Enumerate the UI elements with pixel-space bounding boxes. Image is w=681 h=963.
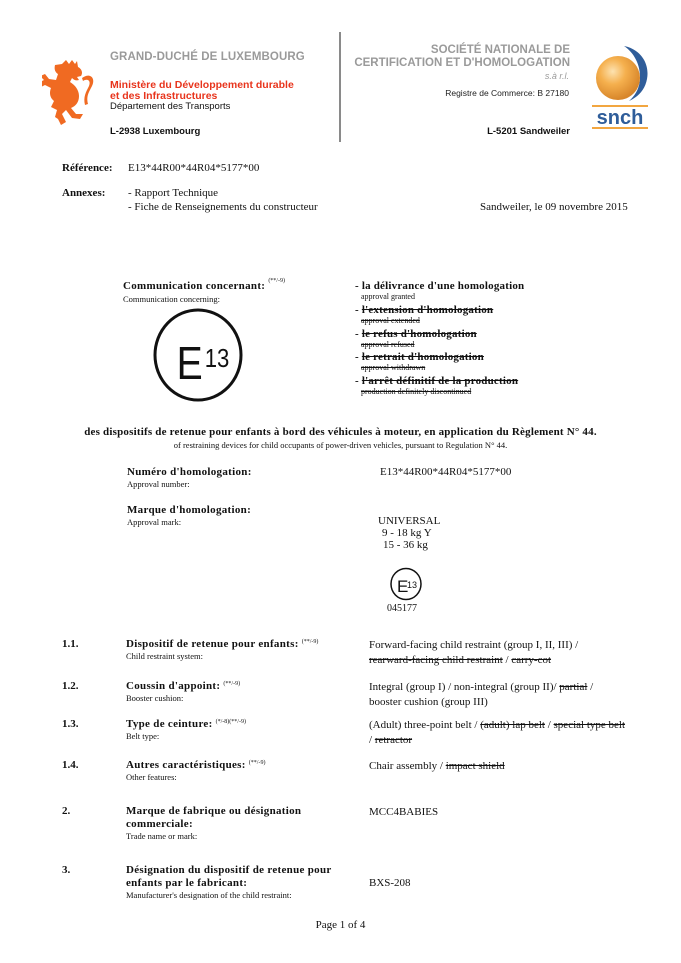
struck-option: impact shield	[446, 760, 505, 772]
red-lion-icon	[42, 58, 96, 126]
reference-value: E13*44R00*44R04*5177*00	[128, 162, 259, 174]
selected-option: /	[545, 719, 554, 731]
option-en: approval extended	[361, 316, 493, 325]
struck-option: special type belt	[554, 719, 625, 731]
item-value: Chair assembly / impact shield	[369, 759, 659, 774]
item-title-text: Autres caractéristiques:	[126, 759, 246, 771]
approval-mark-sublabel: Approval mark:	[127, 517, 181, 527]
option-fr-text: le retrait d'homologation	[362, 351, 484, 363]
item-sublabel: Other features:	[126, 772, 336, 782]
communication-option: - la délivrance d'une homologationapprov…	[355, 280, 524, 301]
selected-option: (Adult) three-point belt /	[369, 719, 480, 731]
communication-option: - l'extension d'homologationapproval ext…	[355, 304, 493, 325]
snch-title: SOCIÉTÉ NATIONALE DE CERTIFICATION ET D'…	[354, 44, 570, 70]
e-mark-circle-icon: E 13	[152, 307, 244, 403]
item-title: Type de ceinture: (*/-8)(**/-9)	[126, 718, 336, 731]
selected-option: booster cushion (group III)	[369, 696, 488, 708]
ministry-name: Ministère du Développement durable et de…	[110, 80, 294, 102]
item-sublabel: Manufacturer's designation of the child …	[126, 890, 336, 900]
selected-option: MCC4BABIES	[369, 806, 438, 818]
e13-small-mark: E 13	[389, 567, 423, 601]
item-label: Dispositif de retenue pour enfants: (**/…	[126, 638, 336, 661]
approval-number-value: E13*44R00*44R04*5177*00	[380, 466, 511, 478]
struck-option: retractor	[375, 734, 412, 746]
option-fr-text: le refus d'homologation	[362, 328, 477, 340]
item-title: Autres caractéristiques: (**/-9)	[126, 759, 336, 772]
mark-mass-range: 15 - 36 kg	[383, 539, 442, 551]
communication-option: - l'arrêt définitif de la productionprod…	[355, 375, 518, 396]
selected-option: /	[587, 681, 593, 693]
option-fr-text: l'extension d'homologation	[362, 304, 493, 316]
country-title: GRAND-DUCHÉ DE LUXEMBOURG	[110, 51, 305, 63]
item-value-line: Chair assembly / impact shield	[369, 759, 659, 774]
approval-number-label: Numéro d'homologation:	[127, 466, 252, 478]
item-value: MCC4BABIES	[369, 805, 659, 820]
item-label: Coussin d'appoint: (**/-9)Booster cushio…	[126, 680, 336, 703]
snch-logo: snch	[588, 43, 652, 131]
item-value-line: booster cushion (group III)	[369, 695, 659, 710]
footnote-ref: (**/-9)	[223, 681, 240, 687]
item-title: Coussin d'appoint: (**/-9)	[126, 680, 336, 693]
snch-address: L-5201 Sandweiler	[487, 126, 570, 137]
item-title: Dispositif de retenue pour enfants: (**/…	[126, 638, 336, 651]
snch-title-line-1: SOCIÉTÉ NATIONALE DE	[354, 44, 570, 57]
communication-title-text: Communication concernant:	[123, 280, 265, 292]
item-sublabel: Trade name or mark:	[126, 831, 336, 841]
item-value-line: rearward-facing child restraint / carry-…	[369, 653, 659, 668]
item-sublabel: Booster cushion:	[126, 693, 336, 703]
option-fr-text: la délivrance d'une homologation	[362, 280, 525, 292]
annexes-label: Annexes:	[62, 187, 105, 199]
item-value-line: Forward-facing child restraint (group I,…	[369, 638, 659, 653]
place-date: Sandweiler, le 09 novembre 2015	[480, 201, 628, 213]
item-title: Désignation du dispositif de retenue pou…	[126, 864, 336, 890]
snch-sphere-icon: snch	[588, 43, 652, 131]
ministry-address: L-2938 Luxembourg	[110, 126, 200, 137]
option-fr: - le refus d'homologation	[355, 328, 477, 340]
option-en: approval refused	[361, 340, 477, 349]
item-number: 1.4.	[62, 759, 79, 771]
item-value: BXS-208	[369, 876, 659, 891]
item-value-line: / retractor	[369, 733, 659, 748]
item-label: Type de ceinture: (*/-8)(**/-9)Belt type…	[126, 718, 336, 741]
option-fr: - la délivrance d'une homologation	[355, 280, 524, 292]
item-label: Marque de fabrique ou désignation commer…	[126, 805, 336, 841]
item-value: Forward-facing child restraint (group I,…	[369, 638, 659, 668]
luxembourg-lion-logo	[42, 58, 96, 126]
mark-mass-range: 9 - 18 kg Y	[382, 527, 442, 539]
option-en: approval withdrawn	[361, 363, 484, 372]
e-mark-circle-icon: E 13	[389, 567, 423, 601]
footnote-ref: (*/-8)(**/-9)	[216, 719, 246, 725]
communication-subtitle: Communication concerning:	[123, 294, 220, 304]
e13-approval-mark: E 13	[152, 307, 244, 403]
option-fr: - le retrait d'homologation	[355, 351, 484, 363]
item-sublabel: Child restraint system:	[126, 651, 336, 661]
item-title-text: Dispositif de retenue pour enfants:	[126, 638, 299, 650]
item-number: 1.2.	[62, 680, 79, 692]
item-title-text: Marque de fabrique ou désignation commer…	[126, 805, 301, 830]
approval-mark-label: Marque d'homologation:	[127, 504, 251, 516]
regulation-subtitle: of restraining devices for child occupan…	[0, 440, 681, 450]
approval-mark-code: 045177	[387, 603, 417, 614]
item-value-line: Integral (group I) / non-integral (group…	[369, 680, 659, 695]
struck-option: rearward-facing child restraint	[369, 654, 503, 666]
svg-text:snch: snch	[597, 107, 644, 129]
mark-category: UNIVERSAL	[378, 515, 442, 527]
header-divider	[339, 32, 341, 142]
annex-item: - Fiche de Renseignements du constructeu…	[128, 201, 318, 213]
communication-title: Communication concernant: (**/-9)	[123, 280, 285, 292]
svg-text:13: 13	[205, 344, 230, 373]
approval-number-sublabel: Approval number:	[127, 479, 190, 489]
item-value-line: MCC4BABIES	[369, 805, 659, 820]
legal-form: s.à r.l.	[545, 71, 569, 81]
snch-title-line-2: CERTIFICATION ET D'HOMOLOGATION	[354, 57, 570, 70]
item-number: 1.1.	[62, 638, 79, 650]
option-fr: - l'extension d'homologation	[355, 304, 493, 316]
selected-option: Chair assembly /	[369, 760, 446, 772]
struck-option: carry-cot	[511, 654, 551, 666]
item-title-text: Désignation du dispositif de retenue pou…	[126, 864, 331, 889]
footnote-ref: (**/-9)	[268, 278, 285, 284]
option-en: approval granted	[361, 292, 524, 301]
approval-mark-text: UNIVERSAL 9 - 18 kg Y 15 - 36 kg	[372, 515, 442, 551]
item-value: Integral (group I) / non-integral (group…	[369, 680, 659, 710]
department-name: Département des Transports	[110, 101, 230, 112]
item-label: Autres caractéristiques: (**/-9)Other fe…	[126, 759, 336, 782]
svg-text:13: 13	[407, 580, 417, 590]
item-value-line: BXS-208	[369, 876, 659, 891]
item-title-text: Coussin d'appoint:	[126, 680, 220, 692]
footnote-ref: (**/-9)	[249, 760, 266, 766]
svg-text:E: E	[177, 338, 203, 390]
reference-label: Référence:	[62, 162, 112, 174]
selected-option: BXS-208	[369, 877, 411, 889]
selected-option: Integral (group I) / non-integral (group…	[369, 681, 559, 693]
selected-option: Forward-facing child restraint (group I,…	[369, 639, 578, 651]
regulation-title: des dispositifs de retenue pour enfants …	[0, 426, 681, 438]
item-number: 1.3.	[62, 718, 79, 730]
item-title: Marque de fabrique ou désignation commer…	[126, 805, 336, 831]
item-sublabel: Belt type:	[126, 731, 336, 741]
annex-item: - Rapport Technique	[128, 187, 218, 199]
item-number: 3.	[62, 864, 70, 876]
commerce-registry: Registre de Commerce: B 27180	[445, 88, 569, 98]
item-number: 2.	[62, 805, 70, 817]
communication-option: - le retrait d'homologationapproval with…	[355, 351, 484, 372]
item-title-text: Type de ceinture:	[126, 718, 213, 730]
struck-option: partial	[559, 681, 587, 693]
communication-option: - le refus d'homologationapproval refuse…	[355, 328, 477, 349]
footnote-ref: (**/-9)	[302, 639, 319, 645]
item-value: (Adult) three-point belt / (adult) lap b…	[369, 718, 659, 748]
item-value-line: (Adult) three-point belt / (adult) lap b…	[369, 718, 659, 733]
page-number: Page 1 of 4	[0, 919, 681, 931]
option-en: production definitely discontinued	[361, 387, 518, 396]
option-fr: - l'arrêt définitif de la production	[355, 375, 518, 387]
item-label: Désignation du dispositif de retenue pou…	[126, 864, 336, 900]
option-fr-text: l'arrêt définitif de la production	[362, 375, 518, 387]
struck-option: (adult) lap belt	[480, 719, 545, 731]
